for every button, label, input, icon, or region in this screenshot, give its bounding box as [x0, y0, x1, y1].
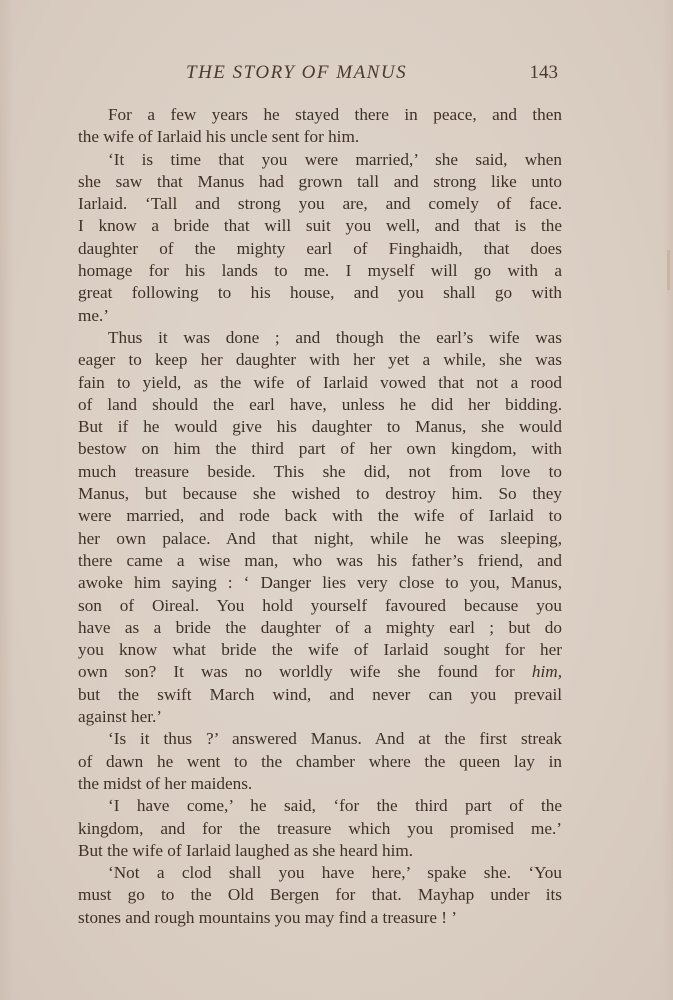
text-line: kingdom, and for the treasure which you …	[78, 818, 562, 840]
text-line: bestow on him the third part of her own …	[78, 438, 562, 460]
page-number: 143	[530, 62, 559, 84]
text-line-content: homage for his lands to me. I myself wil…	[78, 261, 562, 280]
text-line: Thus it was done ; and though the earl’s…	[78, 327, 562, 349]
text-line-content: there came a wise man, who was his fathe…	[78, 551, 562, 570]
text-line-content: much treasure beside. This she did, not …	[78, 462, 562, 481]
text-line: much treasure beside. This she did, not …	[78, 461, 562, 483]
text-line-content: have as a bride the daughter of a mighty…	[78, 618, 562, 637]
text-line: son of Oireal. You hold yourself favoure…	[78, 595, 562, 617]
text-line: of land should the earl have, unless he …	[78, 394, 562, 416]
text-line: For a few years he stayed there in peace…	[78, 104, 562, 126]
text-line-content: she saw that Manus had grown tall and st…	[78, 172, 562, 191]
text-line: her own palace. And that night, while he…	[78, 528, 562, 550]
text-line: she saw that Manus had grown tall and st…	[78, 171, 562, 193]
text-line: there came a wise man, who was his fathe…	[78, 550, 562, 572]
text-line: ‘I have come,’ he said, ‘for the third p…	[78, 795, 562, 817]
text-line-content: must go to the Old Bergen for that. Mayh…	[78, 885, 562, 904]
text-line: I know a bride that will suit you well, …	[78, 215, 562, 237]
text-line: ‘It is time that you were married,’ she …	[78, 149, 562, 171]
text-line-content: Thus it was done ; and though the earl’s…	[108, 328, 562, 347]
text-line: awoke him saying : ‘ Danger lies very cl…	[78, 572, 562, 594]
text-line-content: I know a bride that will suit you well, …	[78, 216, 562, 235]
text-line-content: of dawn he went to the chamber where the…	[78, 752, 562, 771]
text-line: ‘Not a clod shall you have here,’ spake …	[78, 862, 562, 884]
text-line: own son? It was no worldly wife she foun…	[78, 661, 562, 683]
text-line-content: were married, and rode back with the wif…	[78, 506, 562, 525]
text-line-content: awoke him saying : ‘ Danger lies very cl…	[78, 573, 562, 592]
paper-stain	[667, 250, 670, 290]
text-line-content: you know what bride the wife of Iarlaid …	[78, 640, 562, 659]
text-line-content: own son? It was no worldly wife she foun…	[78, 662, 515, 681]
text-line: fain to yield, as the wife of Iarlaid vo…	[78, 372, 562, 394]
text-line: ‘Is it thus ?’ answered Manus. And at th…	[78, 728, 562, 750]
text-line: the wife of Iarlaid his uncle sent for h…	[78, 126, 562, 148]
text-line: against her.’	[78, 706, 562, 728]
text-line-content: For a few years he stayed there in peace…	[108, 105, 562, 124]
text-line: great following to his house, and you sh…	[78, 282, 562, 304]
text-line: must go to the Old Bergen for that. Mayh…	[78, 884, 562, 906]
text-line-content: of land should the earl have, unless he …	[78, 395, 562, 414]
text-line-content: me.’	[78, 306, 109, 325]
text-line-content: her own palace. And that night, while he…	[78, 529, 562, 548]
text-line-content: eager to keep her daughter with her yet …	[78, 350, 562, 369]
text-line: Manus, but because she wished to destroy…	[78, 483, 562, 505]
text-line-content: Manus, but because she wished to destroy…	[78, 484, 562, 503]
text-line: Iarlaid. ‘Tall and strong you are, and c…	[78, 193, 562, 215]
text-line-content: ‘It is time that you were married,’ she …	[108, 150, 562, 169]
text-line-content: ‘Is it thus ?’ answered Manus. And at th…	[108, 729, 562, 748]
text-line-content: son of Oireal. You hold yourself favoure…	[78, 596, 562, 615]
text-line-content: But the wife of Iarlaid laughed as she h…	[78, 841, 413, 860]
text-line: but the swift March wind, and never can …	[78, 684, 562, 706]
text-line: But the wife of Iarlaid laughed as she h…	[78, 840, 562, 862]
text-line: homage for his lands to me. I myself wil…	[78, 260, 562, 282]
text-line: the midst of her maidens.	[78, 773, 562, 795]
page-gutter-shadow	[0, 0, 14, 1000]
text-line-content: daughter of the mighty earl of Finghaidh…	[78, 239, 562, 258]
book-page: THE STORY OF MANUS 143 For a few years h…	[0, 0, 673, 1000]
text-line-content: the midst of her maidens.	[78, 774, 252, 793]
text-line-content: fain to yield, as the wife of Iarlaid vo…	[78, 373, 562, 392]
text-line: have as a bride the daughter of a mighty…	[78, 617, 562, 639]
text-line: stones and rough mountains you may find …	[78, 907, 562, 929]
text-line-content: bestow on him the third part of her own …	[78, 439, 562, 458]
page-edge-shadow	[663, 0, 673, 1000]
text-line-content: but the swift March wind, and never can …	[78, 685, 562, 704]
text-line-content: great following to his house, and you sh…	[78, 283, 562, 302]
text-line: of dawn he went to the chamber where the…	[78, 751, 562, 773]
text-line: me.’	[78, 305, 562, 327]
text-line-content: Iarlaid. ‘Tall and strong you are, and c…	[78, 194, 562, 213]
text-line-content: the wife of Iarlaid his uncle sent for h…	[78, 127, 359, 146]
text-line: were married, and rode back with the wif…	[78, 505, 562, 527]
text-line-content: ‘Not a clod shall you have here,’ spake …	[108, 863, 562, 882]
text-line: But if he would give his daughter to Man…	[78, 416, 562, 438]
text-line-content: kingdom, and for the treasure which you …	[78, 819, 562, 838]
body-text: For a few years he stayed there in peace…	[78, 104, 562, 929]
text-line: eager to keep her daughter with her yet …	[78, 349, 562, 371]
running-title: THE STORY OF MANUS	[186, 62, 407, 84]
text-line: daughter of the mighty earl of Finghaidh…	[78, 238, 562, 260]
text-line-content: But if he would give his daughter to Man…	[78, 417, 562, 436]
text-line-content: ‘I have come,’ he said, ‘for the third p…	[108, 796, 562, 815]
text-line-content: stones and rough mountains you may find …	[78, 908, 457, 927]
italic-word: him,	[532, 662, 562, 681]
running-header: THE STORY OF MANUS 143	[78, 62, 558, 88]
text-line: you know what bride the wife of Iarlaid …	[78, 639, 562, 661]
text-line-content: against her.’	[78, 707, 162, 726]
